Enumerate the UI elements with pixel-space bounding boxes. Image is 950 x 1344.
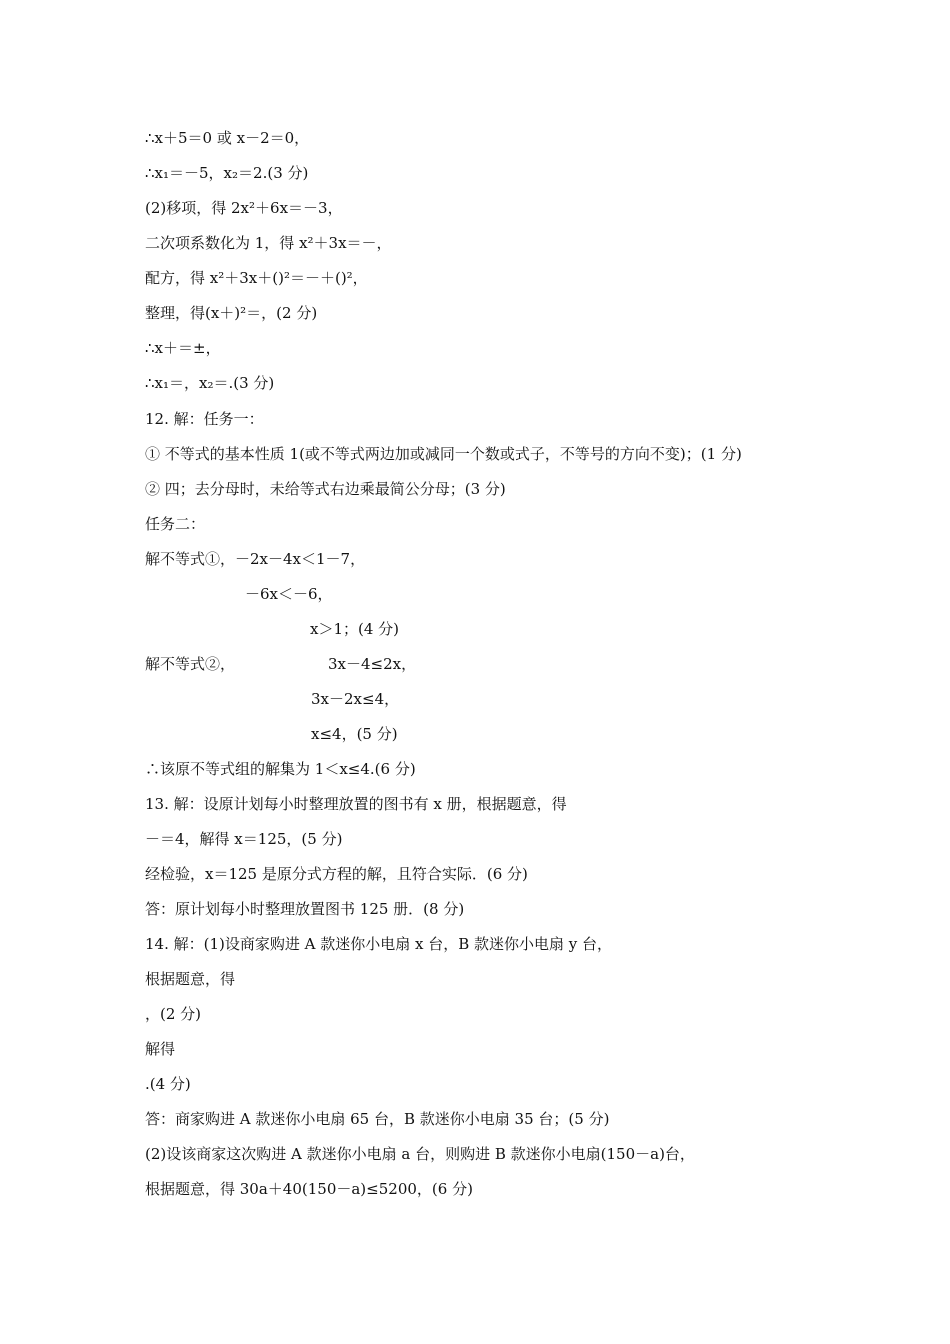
text-line: 3x－2x≤4，	[311, 689, 399, 709]
text-line: ∴x₁＝－5，x₂＝2.(3 分)	[145, 163, 308, 183]
text-line: .(4 分)	[145, 1074, 191, 1094]
text-line: 二次项系数化为 1，得 x²＋3x＝－，	[145, 233, 392, 253]
text-line: ∴x＋＝±，	[145, 338, 221, 358]
text-line: ② 四；去分母时，未给等式右边乘最简公分母；(3 分)	[145, 479, 506, 499]
text-line: 12. 解：任务一：	[145, 409, 264, 429]
text-line: ∴x₁＝，x₂＝.(3 分)	[145, 373, 274, 393]
text-line: －6x＜－6，	[245, 584, 333, 604]
text-line: ，(2 分)	[145, 1004, 201, 1024]
text-line: ① 不等式的基本性质 1(或不等式两边加或减同一个数或式子，不等号的方向不变)；…	[145, 444, 742, 464]
text-line: 14. 解：(1)设商家购进 A 款迷你小电扇 x 台，B 款迷你小电扇 y 台…	[145, 934, 612, 954]
text-line: －＝4，解得 x＝125，(5 分)	[145, 829, 342, 849]
text-line: 任务二：	[145, 514, 205, 534]
text-line: ∴该原不等式组的解集为 1＜x≤4.(6 分)	[145, 759, 416, 779]
text-line: 答：原计划每小时整理放置图书 125 册．(8 分)	[145, 899, 464, 919]
text-line: 解不等式①，－2x－4x＜1－7，	[145, 549, 365, 569]
text-line: 整理，得(x＋)²＝，(2 分)	[145, 303, 317, 323]
text-line: 3x－4≤2x，	[328, 654, 416, 674]
text-line: 答：商家购进 A 款迷你小电扇 65 台，B 款迷你小电扇 35 台；(5 分)	[145, 1109, 609, 1129]
text-line: 13. 解：设原计划每小时整理放置的图书有 x 册，根据题意，得	[145, 794, 567, 814]
text-line: 配方，得 x²＋3x＋()²＝－＋()²，	[145, 268, 368, 288]
text-line: x≤4，(5 分)	[311, 724, 398, 744]
text-line: ∴x＋5＝0 或 x－2＝0，	[145, 128, 309, 148]
text-line: 根据题意，得	[145, 969, 235, 989]
text-line: x＞1；(4 分)	[310, 619, 399, 639]
text-line: (2)移项，得 2x²＋6x＝－3，	[145, 198, 343, 218]
text-line: (2)设该商家这次购进 A 款迷你小电扇 a 台，则购进 B 款迷你小电扇(15…	[145, 1144, 695, 1164]
text-line: 根据题意，得 30a＋40(150－a)≤5200，(6 分)	[145, 1179, 473, 1199]
text-line: 解不等式②，	[145, 654, 235, 674]
text-line: 经检验，x＝125 是原分式方程的解，且符合实际．(6 分)	[145, 864, 528, 884]
text-line: 解得	[145, 1039, 175, 1059]
